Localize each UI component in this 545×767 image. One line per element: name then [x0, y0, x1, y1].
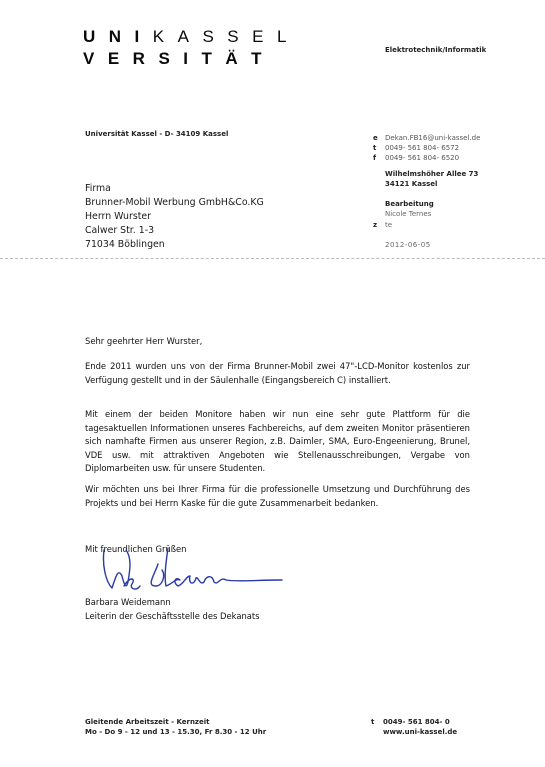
handwritten-signature	[96, 546, 286, 598]
signer-title: Leiterin der Geschäftsstelle des Dekanat…	[85, 610, 260, 624]
letter-date: 2012-06-05	[385, 241, 431, 249]
footer-phone-label: t	[371, 717, 383, 727]
footer-phone: 0049- 561 804- 0	[383, 718, 450, 726]
processor-name: Nicole Ternes	[385, 209, 434, 219]
paragraph-1: Ende 2011 wurden uns von der Firma Brunn…	[85, 360, 470, 387]
reference-label: z	[373, 221, 385, 229]
department-name: Elektrotechnik/Informatik	[385, 46, 486, 54]
recipient-city: 71034 Böblingen	[85, 238, 264, 252]
signer-name: Barbara Weidemann	[85, 596, 260, 610]
university-logo: UNIKASSEL VERSITÄT	[83, 26, 300, 70]
fax-label: f	[373, 153, 385, 163]
logo-kassel: KASSEL	[153, 27, 300, 46]
recipient-street: Calwer Str. 1-3	[85, 224, 264, 238]
footer-website: www.uni-kassel.de	[383, 728, 457, 736]
recipient-person: Herrn Wurster	[85, 210, 264, 224]
sender-return-address: Universität Kassel - D- 34109 Kassel	[85, 130, 228, 138]
recipient-line-1: Firma	[85, 182, 264, 196]
processing-label: Bearbeitung	[385, 199, 434, 209]
processing-block: Bearbeitung Nicole Ternes	[385, 199, 434, 219]
office-city: 34121 Kassel	[385, 179, 478, 189]
signer-block: Barbara Weidemann Leiterin der Geschäfts…	[85, 596, 260, 623]
recipient-address: Firma Brunner-Mobil Werbung GmbH&Co.KG H…	[85, 182, 264, 252]
paragraph-2: Mit einem der beiden Monitore haben wir …	[85, 408, 470, 476]
office-address: Wilhelmshöher Allee 73 34121 Kassel	[385, 169, 478, 189]
email-address: Dekan.FB16@uni-kassel.de	[385, 134, 480, 142]
logo-versitaet: VERSITÄT	[83, 49, 275, 68]
fax-number: 0049- 561 804- 6520	[385, 154, 459, 162]
email-label: e	[373, 133, 385, 143]
recipient-company: Brunner-Mobil Werbung GmbH&Co.KG	[85, 196, 264, 210]
paragraph-3: Wir möchten uns bei Ihrer Firma für die …	[85, 483, 470, 510]
reference-value: te	[385, 221, 392, 229]
header-divider	[0, 258, 545, 259]
phone-label: t	[373, 143, 385, 153]
salutation: Sehr geehrter Herr Wurster,	[85, 336, 202, 346]
reference-line: zte	[373, 221, 392, 229]
logo-uni: UNI	[83, 27, 153, 46]
hours-detail: Mo - Do 9 - 12 und 13 - 15.30, Fr 8.30 -…	[85, 727, 266, 737]
office-street: Wilhelmshöher Allee 73	[385, 169, 478, 179]
hours-title: Gleitende Arbeitszeit - Kernzeit	[85, 717, 266, 727]
footer-hours: Gleitende Arbeitszeit - Kernzeit Mo - Do…	[85, 717, 266, 737]
contact-block: eDekan.FB16@uni-kassel.de t0049- 561 804…	[373, 133, 480, 163]
phone-number: 0049- 561 804- 6572	[385, 144, 459, 152]
footer-contact: t0049- 561 804- 0 www.uni-kassel.de	[371, 717, 457, 737]
